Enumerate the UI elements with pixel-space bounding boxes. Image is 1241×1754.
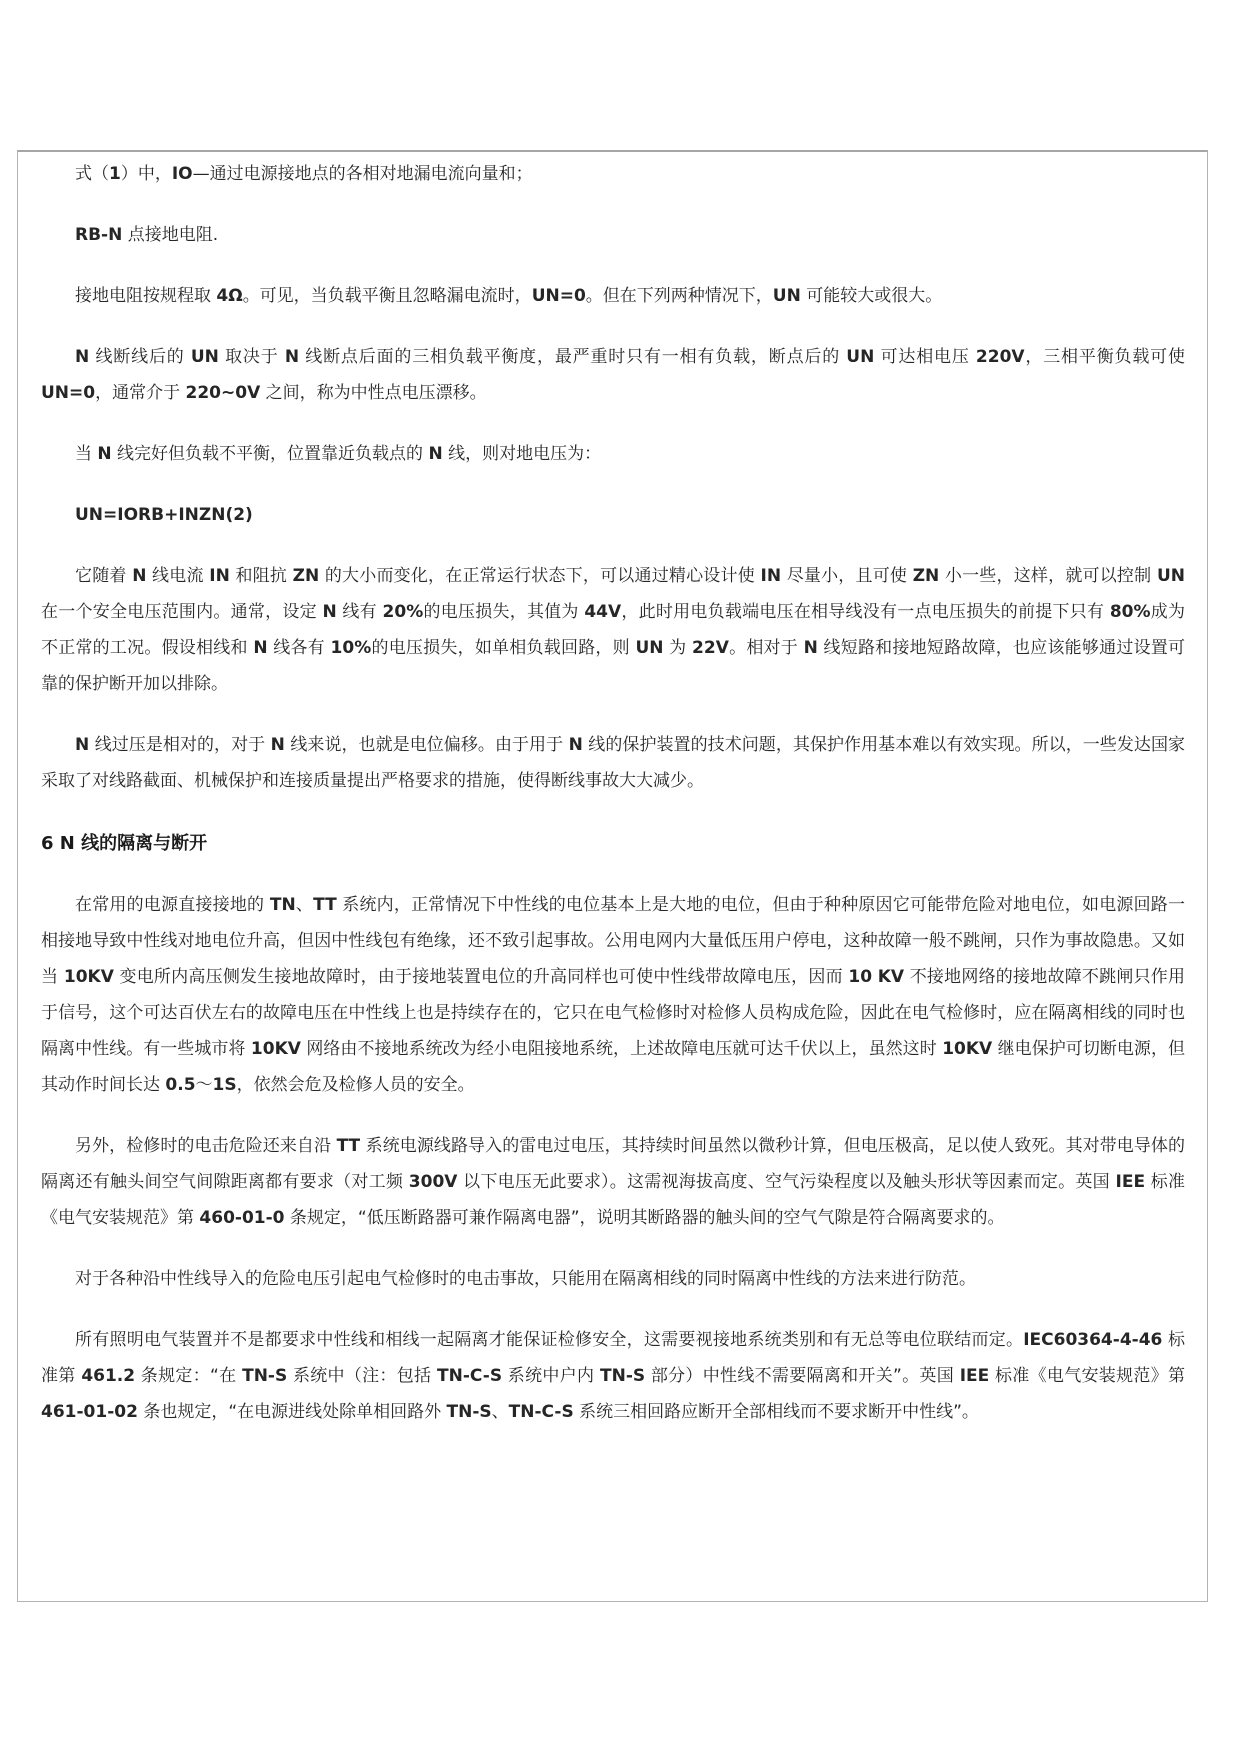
latin-text-run: UN=0 [532, 286, 586, 306]
latin-text-run: 461.2 [81, 1366, 135, 1386]
latin-text-run: N [569, 735, 583, 755]
latin-text-run: 10 [848, 967, 872, 987]
latin-text-run: 44V [584, 602, 621, 622]
paragraph-tn-tt-systems: 在常用的电源直接接地的 TN、TT 系统内，正常情况下中性线的电位基本上是大地的… [41, 887, 1185, 1103]
latin-text-run: TN [270, 895, 296, 915]
latin-text-run: IN [209, 566, 230, 586]
latin-text-run: IN [761, 566, 782, 586]
document-canvas: { "page": { "background": "#ffffff", "bo… [0, 0, 1241, 1754]
latin-text-run: N [271, 735, 285, 755]
latin-text-run: N [75, 735, 89, 755]
latin-text-run: UN=0 [41, 383, 95, 403]
latin-text-run: N [253, 638, 267, 658]
paragraph-n-overvoltage: N 线过压是相对的，对于 N 线来说，也就是电位偏移。由于用于 N 线的保护装置… [41, 727, 1185, 799]
latin-text-run: TN-C-S [437, 1366, 502, 1386]
paragraph-rbn-definition: RB-N 点接地电阻. [41, 217, 1185, 253]
latin-text-run: TT [313, 895, 337, 915]
latin-text-run: UN=IORB+INZN(2) [75, 505, 253, 525]
latin-text-run: 10KV [64, 967, 114, 987]
section-heading: 6 N 线的隔离与断开 [41, 826, 1185, 862]
latin-text-run: 1S [213, 1075, 237, 1095]
latin-text-run: IO [172, 164, 193, 184]
latin-text-run: N [132, 566, 146, 586]
latin-text-run: RB-N [75, 225, 122, 245]
latin-text-run: TN-S [600, 1366, 645, 1386]
latin-text-run: 10KV [942, 1039, 992, 1059]
paragraph-unbalanced-load: 当 N 线完好但负载不平衡，位置靠近负载点的 N 线，则对地电压为： [41, 436, 1185, 472]
latin-text-run: 220V [976, 347, 1025, 367]
paragraph-lightning-surge: 另外，检修时的电击危险还来自沿 TT 系统电源线路导入的雷电过电压，其持续时间虽… [41, 1128, 1185, 1236]
latin-text-run: 20% [383, 602, 424, 622]
latin-text-run: 4Ω [216, 286, 242, 306]
latin-text-run: 10% [331, 638, 372, 658]
latin-text-run: UN [1157, 566, 1185, 586]
document-page: 式（1）中，IO—通过电源接地点的各相对地漏电流向量和； RB-N 点接地电阻.… [17, 150, 1208, 1602]
latin-text-run: 460-01-0 [199, 1208, 284, 1228]
latin-text-run: UN [846, 347, 874, 367]
latin-text-run: TN-S [242, 1366, 287, 1386]
latin-text-run: 300V [409, 1172, 458, 1192]
formula-line: UN=IORB+INZN(2) [41, 497, 1185, 533]
paragraph-ground-resistance: 接地电阻按规程取 4Ω。可见，当负载平衡且忽略漏电流时，UN=0。但在下列两种情… [41, 278, 1185, 314]
paragraph-isolation-method: 对于各种沿中性线导入的危险电压引起电气检修时的电击事故，只能用在隔离相线的同时隔… [41, 1261, 1185, 1297]
paragraph-iec-standards: 所有照明电气装置并不是都要求中性线和相线一起隔离才能保证检修安全，这需要视接地系… [41, 1322, 1185, 1430]
latin-text-run: TN-S [447, 1402, 492, 1422]
latin-text-run: ZN [913, 566, 940, 586]
paragraph-formula1-note: 式（1）中，IO—通过电源接地点的各相对地漏电流向量和； [41, 156, 1185, 192]
latin-text-run: 80% [1110, 602, 1151, 622]
latin-text-run: N [75, 347, 89, 367]
latin-text-run: IEC60364-4-46 [1023, 1330, 1162, 1350]
latin-text-run: N [285, 347, 299, 367]
latin-text-run: N [97, 444, 111, 464]
latin-text-run: ZN [293, 566, 320, 586]
latin-text-run: 1 [109, 164, 121, 184]
latin-text-run: 22V [692, 638, 729, 658]
latin-text-run: 0.5 [165, 1075, 195, 1095]
latin-text-run: UN [773, 286, 801, 306]
latin-text-run: IEE [960, 1366, 990, 1386]
latin-text-run: 461-01-02 [41, 1402, 138, 1422]
latin-text-run: UN [636, 638, 664, 658]
latin-text-run: KV [878, 967, 904, 987]
latin-text-run: UN [191, 347, 219, 367]
latin-text-run: TT [337, 1136, 361, 1156]
latin-text-run: TN-C-S [509, 1402, 574, 1422]
latin-text-run: N [323, 602, 337, 622]
latin-text-run: 10KV [251, 1039, 301, 1059]
latin-text-run: N [804, 638, 818, 658]
latin-text-run: 220~0V [186, 383, 261, 403]
latin-text-run: N [428, 444, 442, 464]
latin-text-run: IEE [1116, 1172, 1146, 1192]
paragraph-un-control: 它随着 N 线电流 IN 和阻抗 ZN 的大小而变化，在正常运行状态下，可以通过… [41, 558, 1185, 702]
paragraph-n-line-break: N 线断线后的 UN 取决于 N 线断点后面的三相负载平衡度，最严重时只有一相有… [41, 339, 1185, 411]
